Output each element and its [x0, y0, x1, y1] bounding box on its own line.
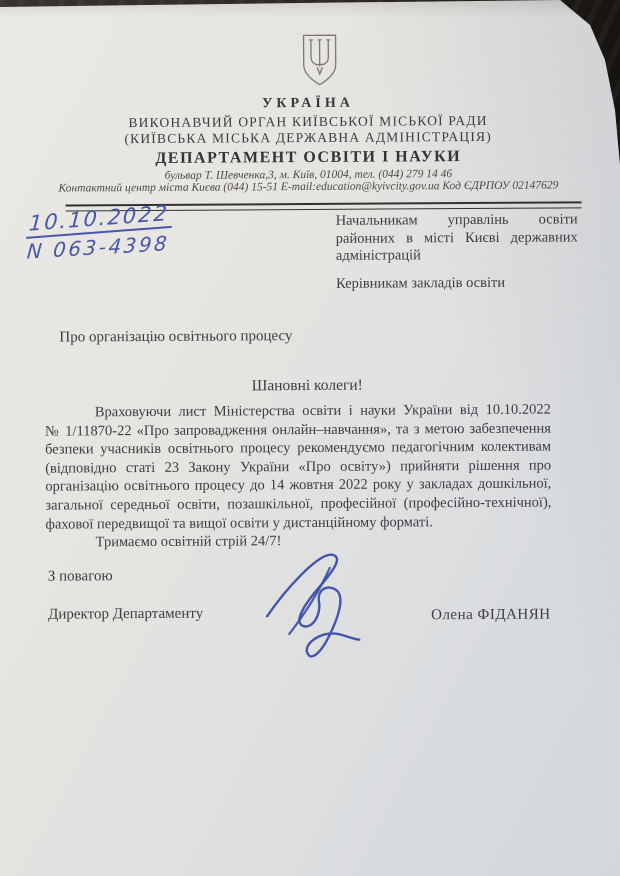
- country-title: УКРАЇНА: [18, 94, 598, 114]
- salutation: Шановні колеги!: [252, 377, 363, 396]
- body-line: загальної середньої освіти, позашкільної…: [45, 493, 551, 515]
- document-photo: УКРАЇНА ВИКОНАВЧИЙ ОРГАН КИЇВСЬКОЇ МІСЬК…: [0, 0, 620, 876]
- signer-position: Директор Департаменту: [48, 606, 203, 624]
- body-line: Враховуючи лист Міністерства освіти і на…: [45, 401, 551, 423]
- addressee-block: Начальникам управлінь освіти районних в …: [336, 211, 578, 265]
- handwritten-signature: [259, 546, 372, 674]
- closing-regards: З повагою: [48, 568, 113, 585]
- org-name-line2: (КИЇВСЬКА МІСЬКА ДЕРЖАВНА АДМІНІСТРАЦІЯ): [18, 128, 598, 148]
- subject-line: Про організацію освітнього процесу: [59, 328, 292, 346]
- handwritten-reference-block: 10.10.2022 N 063-4398: [27, 207, 174, 259]
- trident-emblem-icon: [300, 34, 340, 91]
- addressee-block-2: Керівникам закладів освіти: [336, 275, 505, 293]
- letter-paper: УКРАЇНА ВИКОНАВЧИЙ ОРГАН КИЇВСЬКОЇ МІСЬК…: [0, 0, 620, 876]
- address-line2: Контактний центр міста Києва (044) 15-51…: [18, 179, 598, 195]
- body-text: Враховуючи лист Міністерства освіти і на…: [45, 401, 552, 553]
- signer-name: Олена ФІДАНЯН: [431, 607, 551, 625]
- department-name: ДЕПАРТАМЕНТ ОСВІТИ І НАУКИ: [18, 147, 598, 169]
- letter-content: УКРАЇНА ВИКОНАВЧИЙ ОРГАН КИЇВСЬКОЇ МІСЬК…: [0, 0, 620, 876]
